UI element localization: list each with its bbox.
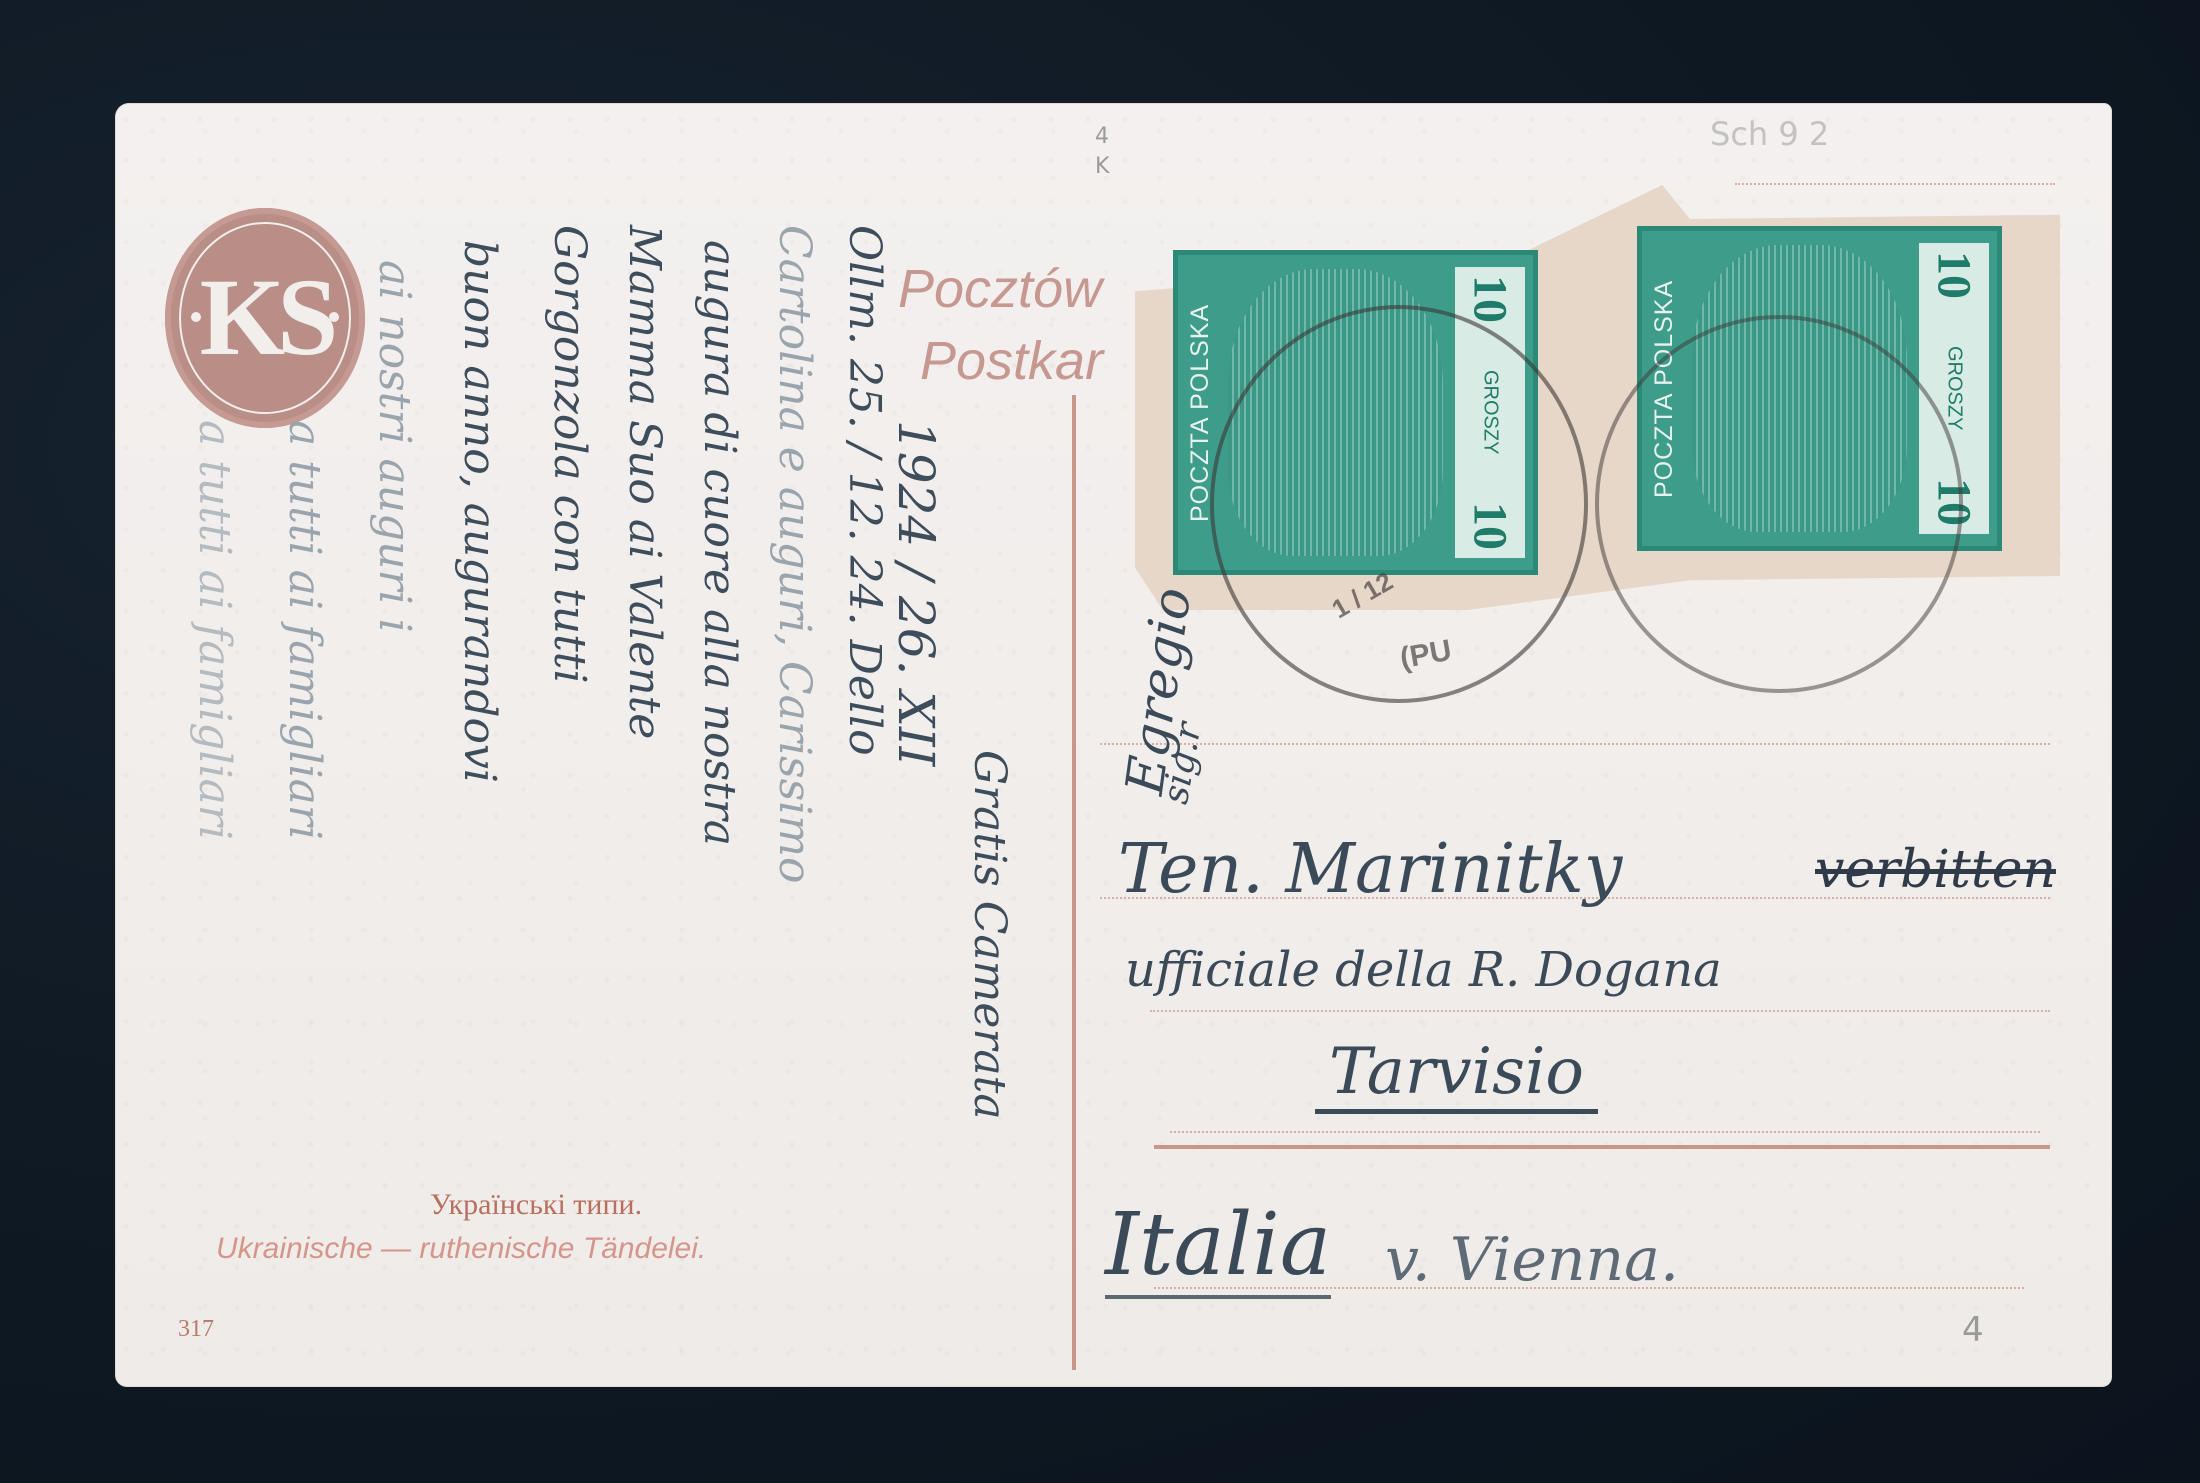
- message-line: buon anno, augurandovi: [454, 240, 505, 783]
- message-line: Cartolina e auguri, Carissimo: [769, 225, 820, 883]
- pencil-note-top: 4 K: [1095, 122, 1115, 182]
- address-routing: v. Vienna.: [1385, 1225, 1679, 1295]
- message-line: a tutti ai famigliari: [279, 420, 330, 840]
- message-line: ai nostri auguri i: [369, 260, 420, 633]
- address-line-4: [1170, 1131, 2040, 1133]
- address-line-1: [1100, 743, 2050, 745]
- address-struck-word: verbitten: [1815, 840, 2056, 900]
- address-solid-line: [1154, 1145, 2050, 1149]
- caption-german: Ukrainische — ruthenische Tändelei.: [216, 1232, 706, 1266]
- stamp-area-dotted-line: [1735, 183, 2055, 185]
- message-line: a tutti ai famigliari: [189, 420, 240, 840]
- stamp-value-top: 10: [1927, 251, 1982, 299]
- pencil-number: 4: [1962, 1310, 1984, 1350]
- message-line: Ollm. 25. / 12. 24. Dello: [839, 225, 890, 756]
- stamp-unit: GROSZY: [1943, 346, 1966, 430]
- message-line: Mamma Suo ai Valente: [619, 225, 670, 739]
- message-line: augura di cuore alla nostra: [694, 240, 745, 846]
- address-recipient: Ten. Marinitky: [1118, 830, 1622, 909]
- address-city: Tarvisio: [1315, 1035, 1598, 1114]
- pencil-note-corner: Sch 9 2: [1710, 115, 1829, 153]
- address-position: ufficiale della R. Dogana: [1125, 942, 1722, 998]
- heading-german: Postkar: [920, 330, 1103, 392]
- address-line-3: [1150, 1010, 2050, 1012]
- stamp-value-top: 10: [1463, 275, 1518, 323]
- caption-ukrainian: Українські типи.: [430, 1188, 642, 1222]
- heading-polish: Pocztów: [898, 258, 1102, 320]
- postmark-right: [1595, 315, 1963, 693]
- logo-monogram: KS: [165, 254, 365, 381]
- message-date: 1924 / 26. XII: [887, 420, 945, 766]
- address-country: Italia: [1105, 1195, 1331, 1299]
- message-line: Gorgonzola con tutti: [544, 225, 595, 684]
- card-number: 317: [178, 1316, 214, 1343]
- center-divider-line: [1072, 395, 1076, 1370]
- message-line: Gratis Camerata: [964, 750, 1015, 1120]
- publisher-logo-seal: KS: [165, 208, 365, 428]
